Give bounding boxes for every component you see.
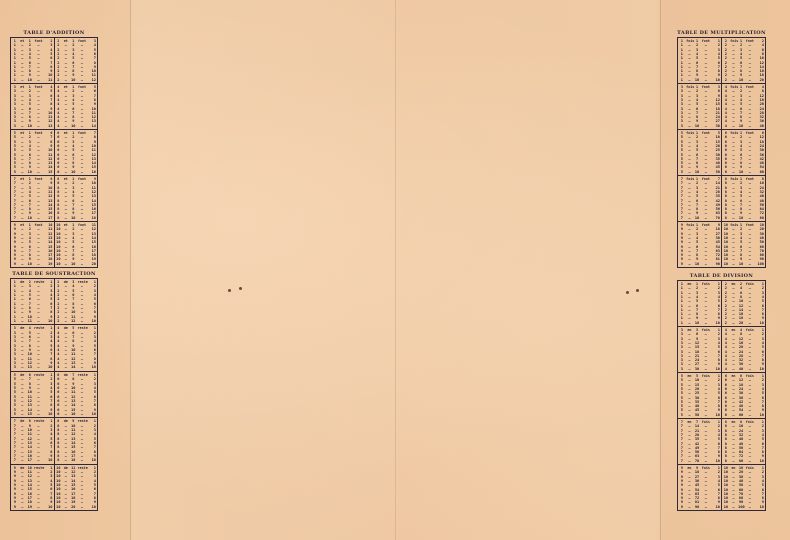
table-cell: — [745,459,754,463]
table-cell: — [745,262,754,266]
table-row: 3—30—10 [679,367,720,371]
table-cell: 17 [27,458,33,462]
table-cell: 9 [12,505,18,509]
ink-dot [636,289,639,292]
table-column: 6en6fois16—12—26—18—36—24—46—30—56—36—66… [721,373,765,418]
table-cell: — [34,505,43,509]
table-column: 3fois1font33—2—63—3—93—4—123—5—153—6—183… [678,84,721,129]
table-cell: 10 [70,124,76,128]
table-row: 6—10—16 [56,170,97,174]
table-cell: 2 [56,319,62,323]
table-cell: — [701,321,710,325]
table-row: 1—11—10 [12,319,53,323]
subtraction-table-grid: 1de2reste11—3—21—4—31—5—41—6—51—7—61—8—7… [10,278,98,511]
table-group: 5en5fois15—10—25—15—35—20—45—25—55—30—65… [678,373,765,419]
table-cell: 10 [27,78,33,82]
table-cell: — [701,124,710,128]
table-column: 10et1font1110—2—1210—3—1310—4—1410—5—151… [54,222,98,267]
table-cell: 13 [44,124,52,128]
table-cell: — [63,170,69,174]
table-cell: 11 [44,78,52,82]
table-group: 3fois1font33—2—63—3—93—4—123—5—153—6—183… [678,84,765,130]
table-column: 9et1font109—2—119—3—129—4—139—5—149—6—15… [11,222,54,267]
table-cell: 10 [70,216,76,220]
ink-dot [239,287,242,290]
table-group: 7et1font87—2—97—3—107—4—117—5—127—6—137—… [11,176,97,222]
table-cell: 100 [756,262,764,266]
table-column: 2en2fois12—4—22—6—32—8—42—10—52—12—62—14… [721,281,765,326]
table-group: 7fois1font77—2—147—3—217—4—287—5—357—6—4… [678,176,765,222]
table-cell: — [19,124,25,128]
table-cell: — [78,78,87,82]
table-cell: 4 [56,365,62,369]
table-row: 9—10—19 [12,262,53,266]
addition-table-grid: 1et1font21—2—31—3—41—4—51—5—61—6—71—7—81… [10,37,98,268]
table-cell: 80 [756,216,764,220]
table-cell: 7 [12,216,18,220]
subtraction-table: TABLE DE SOUSTRACTION 1de2reste11—3—21—4… [10,271,98,511]
table-group: 1en1fois11—2—21—3—31—4—41—5—51—6—61—7—71… [678,281,765,327]
multiplication-table-title: TABLE DE MULTIPLICATION [677,30,766,37]
table-group: 1fois1font11—2—21—3—31—4—41—5—51—6—61—7—… [678,38,765,84]
table-cell: — [686,367,693,371]
table-row: 8—80—10 [723,459,764,463]
table-cell: — [34,458,43,462]
table-cell: — [701,170,710,174]
table-cell: 40 [756,124,764,128]
table-cell: — [701,413,710,417]
table-cell: 5 [679,170,685,174]
table-group: 9et1font109—2—119—3—129—4—139—5—149—6—15… [11,222,97,267]
table-cell: 60 [738,413,744,417]
table-cell: — [701,78,710,82]
table-group: 9fois1font99—2—189—3—279—4—369—5—459—6—5… [678,222,765,267]
table-cell: — [34,365,43,369]
table-cell: 10 [88,365,96,369]
table-cell: — [19,78,25,82]
table-column: 8en8fois18—16—28—24—38—32—48—40—58—48—68… [721,419,765,464]
table-cell: — [34,262,43,266]
table-row: 6—16—10 [56,412,97,416]
table-cell: — [701,459,710,463]
table-row: 3—10—30 [679,124,720,128]
table-row: 1—10—10 [679,78,720,82]
table-cell: 5 [679,413,685,417]
table-cell: — [19,319,25,323]
table-column: 5de6reste15—7—25—8—35—9—45—10—55—11—65—1… [11,372,54,417]
table-cell: — [63,124,69,128]
table-cell: 9 [679,505,685,509]
table-cell: 18 [88,216,96,220]
table-column: 7de8reste17—9—27—10—37—11—47—12—57—13—67… [11,418,54,463]
table-row: 9—10—90 [679,262,720,266]
table-group: 5de6reste15—7—25—8—35—9—45—10—55—11—65—1… [11,372,97,418]
table-cell: 10 [723,262,729,266]
table-row: 8—10—80 [723,216,764,220]
center-spine-fold [395,0,396,540]
table-cell: 30 [712,124,720,128]
division-table-grid: 1en1fois11—2—21—3—31—4—41—5—51—6—61—7—71… [677,280,766,511]
table-cell: 70 [712,216,720,220]
table-group: 7de8reste17—9—27—10—37—11—47—12—57—13—67… [11,418,97,464]
table-cell: 70 [694,459,700,463]
table-row: 2—20—10 [723,321,764,325]
table-column: 2et1font32—2—42—3—52—4—62—5—72—6—82—7—92… [54,38,98,83]
table-cell: — [701,262,710,266]
table-row: 1—10—11 [12,78,53,82]
table-cell: — [730,505,737,509]
table-cell: 11 [27,319,33,323]
table-row: 7—10—70 [679,216,720,220]
table-cell: — [686,78,693,82]
table-row: 8—18—10 [56,458,97,462]
table-row: 3—10—13 [12,124,53,128]
table-cell: — [63,458,69,462]
division-table: TABLE DE DIVISION 1en1fois11—2—21—3—31—4… [677,273,766,511]
table-cell: — [19,262,25,266]
table-cell: 10 [738,170,744,174]
table-cell: 3 [12,124,18,128]
table-group: 3en3fois13—6—23—9—33—12—43—15—53—18—63—2… [678,327,765,373]
table-cell: 60 [756,170,764,174]
table-row: 3—13—10 [12,365,53,369]
table-cell: 10 [756,321,764,325]
table-cell: 19 [27,505,33,509]
table-column: 6et1font76—2—86—3—96—4—106—5—116—6—126—7… [54,130,98,175]
division-table-title: TABLE DE DIVISION [677,273,766,280]
table-cell: — [34,412,43,416]
table-cell: 10 [738,262,744,266]
table-column: 3et1font43—2—53—3—63—4—73—5—83—6—93—7—10… [11,84,54,129]
table-column: 10en10fois110—20—210—30—310—40—410—50—51… [721,465,765,510]
table-cell: 8 [723,216,729,220]
table-column: 8de9reste18—10—28—11—38—12—48—13—58—14—6… [54,418,98,463]
table-cell: — [78,124,87,128]
table-row: 10—20—10 [56,505,97,509]
table-cell: — [34,124,43,128]
table-cell: 20 [756,78,764,82]
table-column: 1en1fois11—2—21—3—31—4—41—5—51—6—61—7—71… [678,281,721,326]
table-column: 2de3reste12—4—22—5—32—6—42—7—52—8—62—9—7… [54,279,98,324]
table-cell: 10 [738,216,744,220]
table-group: 3et1font43—2—53—3—63—4—73—5—83—6—93—7—10… [11,84,97,130]
table-cell: 6 [723,413,729,417]
table-cell: 10 [88,458,96,462]
table-cell: — [730,413,737,417]
table-row: 2—12—10 [56,319,97,323]
table-row: 2—10—12 [56,78,97,82]
subtraction-table-title: TABLE DE SOUSTRACTION [10,271,98,278]
table-column: 4et1font54—2—64—3—74—4—84—5—94—6—104—7—1… [54,84,98,129]
table-cell: 6 [56,170,62,174]
table-cell: 2 [723,321,729,325]
table-group: 7en7fois17—14—27—21—37—28—47—35—57—42—67… [678,419,765,465]
table-cell: 20 [738,321,744,325]
table-cell: — [63,412,69,416]
table-cell: 12 [88,78,96,82]
multiplication-table: TABLE DE MULTIPLICATION 1fois1font11—2—2… [677,30,766,268]
table-cell: — [19,458,25,462]
table-cell: 18 [70,458,76,462]
table-column: 10fois1font1010—2—2010—3—3010—4—4010—5—5… [721,222,765,267]
table-cell: 10 [756,459,764,463]
table-cell: 10 [712,78,720,82]
table-column: 5et1font65—2—75—3—85—4—95—5—105—6—115—7—… [11,130,54,175]
table-column: 4en4fois14—8—24—12—34—16—44—20—54—24—64—… [721,327,765,372]
table-group: 3de4reste13—5—23—6—33—7—43—8—53—9—63—10—… [11,325,97,371]
table-row: 10—100—10 [723,505,764,509]
right-fold-line [660,0,661,540]
table-cell: 10 [88,412,96,416]
table-cell: 19 [44,262,52,266]
table-cell: — [19,505,25,509]
table-row: 8—10—18 [56,216,97,220]
table-cell: 10 [694,216,700,220]
table-cell: 2 [56,78,62,82]
table-cell: 10 [70,170,76,174]
table-cell: 10 [694,321,700,325]
table-cell: 9 [12,262,18,266]
table-cell: — [686,505,693,509]
table-cell: 10 [756,413,764,417]
table-column: 1et1font21—2—31—3—41—4—51—5—61—6—71—7—81… [11,38,54,83]
table-cell: — [686,216,693,220]
table-row: 5—50—10 [679,413,720,417]
table-cell: — [63,262,69,266]
table-row: 1—10—10 [679,321,720,325]
table-cell: 10 [44,458,52,462]
table-cell: — [78,505,87,509]
table-cell: — [730,321,737,325]
table-row: 2—10—20 [723,78,764,82]
table-row: 5—10—50 [679,170,720,174]
table-cell: 10 [27,170,33,174]
table-column: 8fois1font88—2—168—3—248—4—328—5—408—6—4… [721,176,765,221]
table-cell: — [63,505,69,509]
table-cell: 10 [44,412,52,416]
table-cell: 3 [679,367,685,371]
table-cell: 10 [694,262,700,266]
table-group: 9de10reste19—11—29—12—39—13—49—14—59—15—… [11,465,97,510]
table-row: 4—10—14 [56,124,97,128]
table-row: 4—10—40 [723,124,764,128]
table-cell: 10 [44,319,52,323]
table-cell: 10 [712,321,720,325]
table-cell: 10 [712,459,720,463]
table-cell: 10 [712,367,720,371]
table-cell: 8 [723,459,729,463]
table-cell: — [730,124,737,128]
table-cell: 5 [12,170,18,174]
table-cell: 1 [12,78,18,82]
table-cell: — [686,170,693,174]
table-cell: 80 [738,459,744,463]
table-cell: 50 [712,170,720,174]
table-cell: 10 [738,78,744,82]
table-row: 7—10—17 [12,216,53,220]
table-group: 5et1font65—2—75—3—85—4—95—5—105—6—115—7—… [11,130,97,176]
table-cell: — [63,319,69,323]
table-cell: 10 [27,216,33,220]
table-column: 7en7fois17—14—27—21—37—28—47—35—57—42—67… [678,419,721,464]
table-cell: 10 [694,170,700,174]
table-cell: 4 [723,124,729,128]
table-cell: 10 [723,505,729,509]
table-cell: — [730,170,737,174]
table-column: 5fois1font55—2—105—3—155—4—205—5—255—6—3… [678,130,721,175]
table-cell: 7 [679,459,685,463]
table-cell: 8 [56,458,62,462]
table-row: 10—10—100 [723,262,764,266]
table-cell: — [19,412,25,416]
table-column: 1fois1font11—2—21—3—31—4—41—5—51—6—61—7—… [678,38,721,83]
ink-dot [626,291,629,294]
table-cell: 2 [723,78,729,82]
table-group: 5fois1font55—2—105—3—155—4—205—5—255—6—3… [678,130,765,176]
table-cell: 16 [88,170,96,174]
multiplication-table-grid: 1fois1font11—2—21—3—31—4—41—5—51—6—61—7—… [677,37,766,268]
table-cell: 10 [56,262,62,266]
table-cell: 10 [70,78,76,82]
table-cell: — [78,262,87,266]
table-cell: 14 [70,365,76,369]
table-cell: — [745,413,754,417]
table-group: 9en9fois19—18—29—27—39—36—49—45—59—54—69… [678,465,765,510]
table-cell: — [745,216,754,220]
table-cell: 10 [27,124,33,128]
table-column: 4de5reste14—6—24—7—34—8—44—9—54—10—64—11… [54,325,98,370]
table-cell: 10 [88,505,96,509]
table-cell: 6 [723,170,729,174]
table-cell: — [686,124,693,128]
table-column: 2fois1font22—2—42—3—62—4—82—5—102—6—122—… [721,38,765,83]
table-cell: 10 [712,505,720,509]
table-cell: — [701,367,710,371]
table-cell: — [730,367,737,371]
table-column: 9en9fois19—18—29—27—39—36—49—45—59—54—69… [678,465,721,510]
table-row: 6—60—10 [723,413,764,417]
table-cell: 7 [12,458,18,462]
table-cell: 10 [88,319,96,323]
table-cell: 10 [56,505,62,509]
table-cell: 17 [44,216,52,220]
table-cell: 12 [70,319,76,323]
table-cell: 20 [70,505,76,509]
table-cell: 15 [44,170,52,174]
table-cell: 13 [27,365,33,369]
table-cell: 1 [12,319,18,323]
table-row: 4—40—10 [723,367,764,371]
addition-table: TABLE D'ADDITION 1et1font21—2—31—3—41—4—… [10,30,98,268]
table-cell: — [745,367,754,371]
table-column: 8et1font98—2—108—3—118—4—128—5—138—6—148… [54,176,98,221]
table-cell: 90 [712,262,720,266]
table-cell: 90 [694,505,700,509]
table-cell: 5 [12,412,18,416]
table-cell: — [745,78,754,82]
table-column: 5en5fois15—10—25—15—35—20—45—25—55—30—65… [678,373,721,418]
table-row: 7—17—10 [12,458,53,462]
table-column: 3de4reste13—5—23—6—33—7—43—8—53—9—63—10—… [11,325,54,370]
table-cell: 1 [679,78,685,82]
table-cell: — [34,78,43,82]
table-column: 4fois1font44—2—84—3—124—4—164—5—204—6—24… [721,84,765,129]
table-cell: 50 [694,413,700,417]
table-row: 10—10—20 [56,262,97,266]
table-cell: — [730,459,737,463]
table-column: 9de10reste19—11—29—12—39—13—49—14—59—15—… [11,465,54,510]
table-cell: 6 [56,412,62,416]
table-column: 7et1font87—2—97—3—107—4—117—5—127—6—137—… [11,176,54,221]
table-cell: 14 [88,124,96,128]
table-row: 6—10—60 [723,170,764,174]
table-group: 1et1font21—2—31—3—41—4—51—5—61—6—71—7—81… [11,38,97,84]
table-cell: 10 [44,505,52,509]
table-cell: — [686,321,693,325]
table-cell: — [19,365,25,369]
table-cell: 1 [679,321,685,325]
table-column: 1de2reste11—3—21—4—31—5—41—6—51—7—61—8—7… [11,279,54,324]
table-row: 9—90—10 [679,505,720,509]
table-cell: — [34,216,43,220]
table-cell: 20 [88,262,96,266]
table-cell: 10 [756,367,764,371]
table-cell: — [745,170,754,174]
table-cell: 3 [679,124,685,128]
table-row: 9—19—10 [12,505,53,509]
table-cell: 40 [738,367,744,371]
table-cell: 3 [12,365,18,369]
table-cell: — [701,505,710,509]
table-group: 1de2reste11—3—21—4—31—5—41—6—51—7—61—8—7… [11,279,97,325]
table-cell: — [19,216,25,220]
addition-table-title: TABLE D'ADDITION [10,30,98,37]
table-cell: — [63,365,69,369]
table-cell: — [63,78,69,82]
table-cell: 8 [56,216,62,220]
table-cell: — [745,321,754,325]
table-cell: 10 [712,413,720,417]
table-cell: — [730,216,737,220]
table-cell: — [19,170,25,174]
table-cell: — [686,262,693,266]
table-cell: — [686,459,693,463]
table-cell: 7 [679,216,685,220]
table-cell: 9 [679,262,685,266]
table-column: 6fois1font66—2—126—3—186—4—246—5—306—6—3… [721,130,765,175]
table-column: 9fois1font99—2—189—3—279—4—369—5—459—6—5… [678,222,721,267]
table-cell: — [34,170,43,174]
table-cell: — [730,78,737,82]
table-cell: 10 [694,78,700,82]
table-cell: 10 [756,505,764,509]
table-row: 4—14—10 [56,365,97,369]
table-cell: — [78,365,87,369]
table-cell: — [686,413,693,417]
table-row: 5—15—10 [12,412,53,416]
table-cell: — [78,458,87,462]
table-cell: 10 [738,124,744,128]
table-cell: — [745,124,754,128]
table-cell: — [78,319,87,323]
table-cell: 10 [27,262,33,266]
table-cell: 4 [56,124,62,128]
table-column: 6de7reste16—8—26—9—36—10—46—11—56—12—66—… [54,372,98,417]
table-cell: 4 [723,367,729,371]
table-row: 7—70—10 [679,459,720,463]
table-column: 3en3fois13—6—23—9—33—12—43—15—53—18—63—2… [678,327,721,372]
table-cell: 10 [44,365,52,369]
